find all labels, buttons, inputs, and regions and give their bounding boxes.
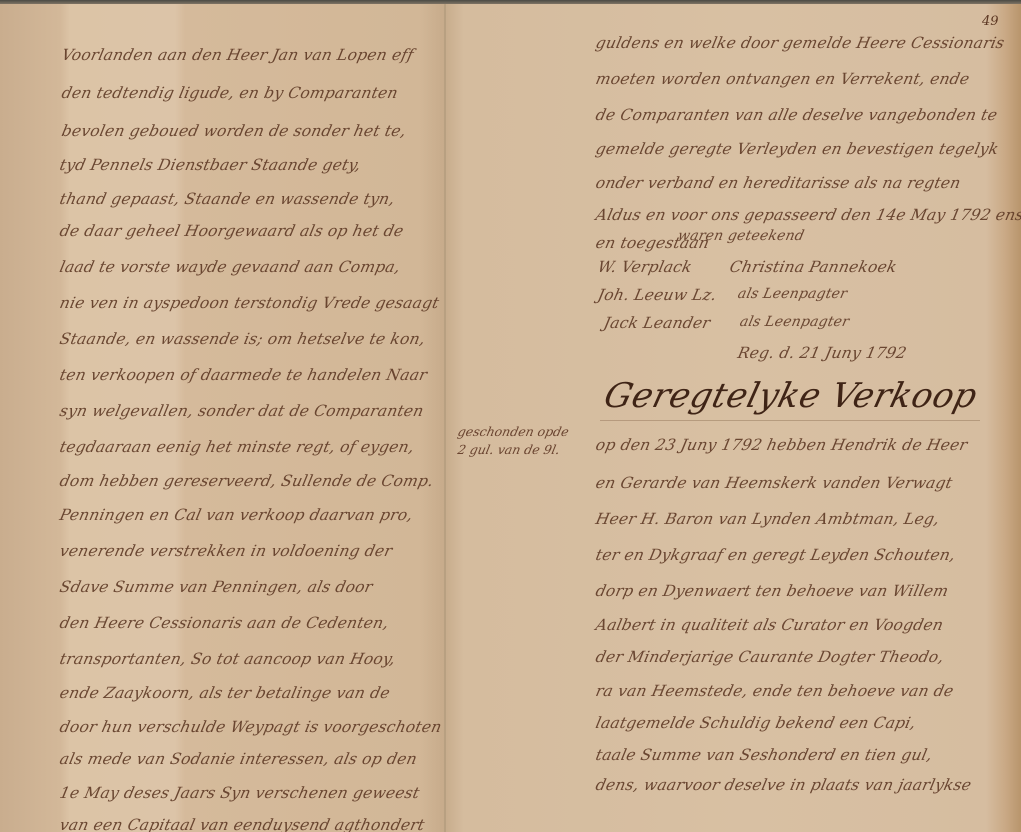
text-line: door hun verschulde Weypagt is voorgesch… bbox=[58, 718, 443, 736]
text-line: Heer H. Baron van Lynden Ambtman, Leg, bbox=[594, 510, 941, 528]
text-line: syn welgevallen, sonder dat de Comparant… bbox=[58, 402, 425, 420]
signature: Jack Leander bbox=[602, 314, 712, 332]
text-line: guldens en welke door gemelde Heere Cess… bbox=[594, 34, 1006, 52]
text-line: tyd Pennels Dienstbaer Staande gety, bbox=[58, 156, 362, 174]
text-line: Penningen en Cal van verkoop daarvan pro… bbox=[58, 506, 414, 524]
text-line: Aldus en voor ons gepasseerd den 14e May… bbox=[594, 206, 1021, 224]
text-line: dom hebben gereserveerd, Sullende de Com… bbox=[58, 472, 435, 490]
right-page bbox=[446, 4, 1021, 832]
left-page: Voorlanden aan den Heer Jan van Lopen ef… bbox=[0, 4, 446, 832]
text-line: der Minderjarige Caurante Dogter Theodo, bbox=[594, 648, 945, 666]
text-line: de daar geheel Hoorgewaard als op het de bbox=[58, 222, 405, 240]
text-line: van een Capitaal van eenduysend agthonde… bbox=[58, 816, 426, 832]
text-line: transportanten, So tot aancoop van Hooy, bbox=[58, 650, 397, 668]
closing-phrase: waren geteekend bbox=[676, 228, 805, 244]
text-line: tegdaaraan eenig het minste regt, of eyg… bbox=[58, 438, 416, 456]
section-heading: Geregtelyke Verkoop bbox=[600, 376, 981, 416]
text-line: dorp en Dyenwaert ten behoeve van Willem bbox=[594, 582, 950, 600]
text-line: taale Summe van Seshonderd en tien gul, bbox=[594, 746, 934, 764]
text-line: ra van Heemstede, ende ten behoeve van d… bbox=[594, 682, 955, 700]
text-line: venerende verstrekken in voldoening der bbox=[58, 542, 394, 560]
signature: W. Verplack bbox=[596, 258, 694, 276]
page-number: 49 bbox=[982, 14, 999, 29]
text-line: Sdave Summe van Penningen, als door bbox=[58, 578, 374, 596]
text-line: op den 23 Juny 1792 hebben Hendrik de He… bbox=[594, 436, 969, 454]
text-line: ende Zaaykoorn, als ter betalinge van de bbox=[58, 684, 392, 702]
text-line: laad te vorste wayde gevaand aan Compa, bbox=[58, 258, 402, 276]
registration-note: Reg. d. 21 Juny 1792 bbox=[736, 344, 908, 362]
text-line: thand gepaast, Staande en wassende tyn, bbox=[58, 190, 396, 208]
text-line: moeten worden ontvangen en Verrekent, en… bbox=[594, 70, 971, 88]
signature: Christina Pannekoek bbox=[728, 258, 899, 276]
text-line: den tedtendig ligude, en by Comparanten bbox=[60, 84, 400, 102]
text-line: bevolen geboued worden de sonder het te, bbox=[60, 122, 408, 140]
text-line: dens, waarvoor deselve in plaats van jaa… bbox=[594, 776, 973, 794]
text-line: gemelde geregte Verleyden en bevestigen … bbox=[594, 140, 1000, 158]
text-line: 1e May deses Jaars Syn verschenen gewees… bbox=[58, 784, 421, 802]
signature: Joh. Leeuw Lz. bbox=[596, 286, 718, 304]
text-line: onder verband en hereditarisse als na re… bbox=[594, 174, 962, 192]
signature-role: als Leenpagter bbox=[738, 314, 850, 330]
signature-role: als Leenpagter bbox=[736, 286, 848, 302]
text-line: Voorlanden aan den Heer Jan van Lopen ef… bbox=[60, 46, 415, 64]
text-line: laatgemelde Schuldig bekend een Capi, bbox=[594, 714, 917, 732]
text-line: nie ven in ayspedoon terstondig Vrede ge… bbox=[58, 294, 441, 312]
book-spread: Voorlanden aan den Heer Jan van Lopen ef… bbox=[0, 0, 1021, 832]
margin-note: geschonden opde bbox=[456, 424, 570, 439]
text-line: en Gerarde van Heemskerk vanden Verwagt bbox=[594, 474, 954, 492]
text-line: ten verkoopen of daarmede te handelen Na… bbox=[58, 366, 429, 384]
margin-note: 2 gul. van de 9l. bbox=[456, 442, 561, 457]
text-line: Aalbert in qualiteit als Curator en Voog… bbox=[594, 616, 945, 634]
text-line: den Heere Cessionaris aan de Cedenten, bbox=[58, 614, 390, 632]
text-line: als mede van Sodanie interessen, als op … bbox=[58, 750, 419, 768]
text-line: Staande, en wassende is; om hetselve te … bbox=[58, 330, 427, 348]
text-line: de Comparanten van alle deselve vangebon… bbox=[594, 106, 999, 124]
text-line: ter en Dykgraaf en geregt Leyden Schoute… bbox=[594, 546, 957, 564]
heading-underline bbox=[600, 420, 980, 421]
